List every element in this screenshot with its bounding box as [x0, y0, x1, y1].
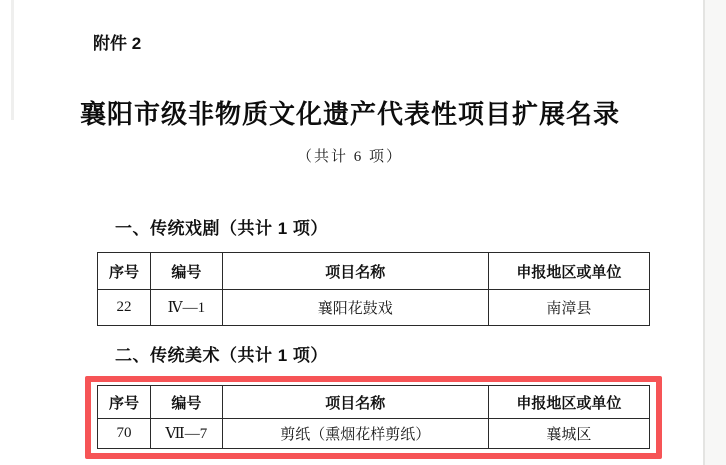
document-page: 附件 2 襄阳市级非物质文化遗产代表性项目扩展名录 （共计 6 项） 一、传统戏…	[0, 0, 726, 465]
table-traditional-fine-arts: 序号 编号 项目名称 申报地区或单位 70 Ⅶ—7 剪纸（熏烟花样剪纸） 襄城区	[97, 385, 650, 449]
document-subtitle: （共计 6 项）	[0, 145, 700, 166]
table-traditional-drama: 序号 编号 项目名称 申报地区或单位 22 Ⅳ—1 襄阳花鼓戏 南漳县	[97, 252, 650, 326]
document-title: 襄阳市级非物质文化遗产代表性项目扩展名录	[0, 94, 700, 131]
cell-name: 剪纸（熏烟花样剪纸）	[222, 419, 488, 449]
cell-unit: 襄城区	[488, 419, 649, 449]
section-heading-traditional-fine-arts: 二、传统美术（共计 1 项）	[115, 341, 328, 366]
cell-name: 襄阳花鼓戏	[222, 290, 488, 326]
section-heading-traditional-drama: 一、传统戏剧（共计 1 项）	[115, 214, 328, 239]
cell-seq: 70	[98, 419, 151, 449]
table-row: 70 Ⅶ—7 剪纸（熏烟花样剪纸） 襄城区	[98, 419, 650, 449]
table-header-row: 序号 编号 项目名称 申报地区或单位	[98, 253, 650, 290]
col-header-code: 编号	[150, 253, 222, 290]
table-row: 22 Ⅳ—1 襄阳花鼓戏 南漳县	[98, 290, 650, 326]
attachment-label: 附件 2	[93, 29, 141, 54]
page-edge-right	[703, 0, 726, 465]
table-header-row: 序号 编号 项目名称 申报地区或单位	[98, 386, 650, 419]
cell-seq: 22	[98, 290, 151, 326]
col-header-name: 项目名称	[222, 253, 488, 290]
col-header-seq: 序号	[98, 253, 151, 290]
cell-unit: 南漳县	[488, 290, 649, 326]
col-header-name: 项目名称	[222, 386, 488, 419]
cell-code: Ⅳ—1	[150, 290, 222, 326]
col-header-unit: 申报地区或单位	[488, 386, 649, 419]
col-header-code: 编号	[150, 386, 222, 419]
col-header-unit: 申报地区或单位	[488, 253, 649, 290]
col-header-seq: 序号	[98, 386, 151, 419]
cell-code: Ⅶ—7	[150, 419, 222, 449]
